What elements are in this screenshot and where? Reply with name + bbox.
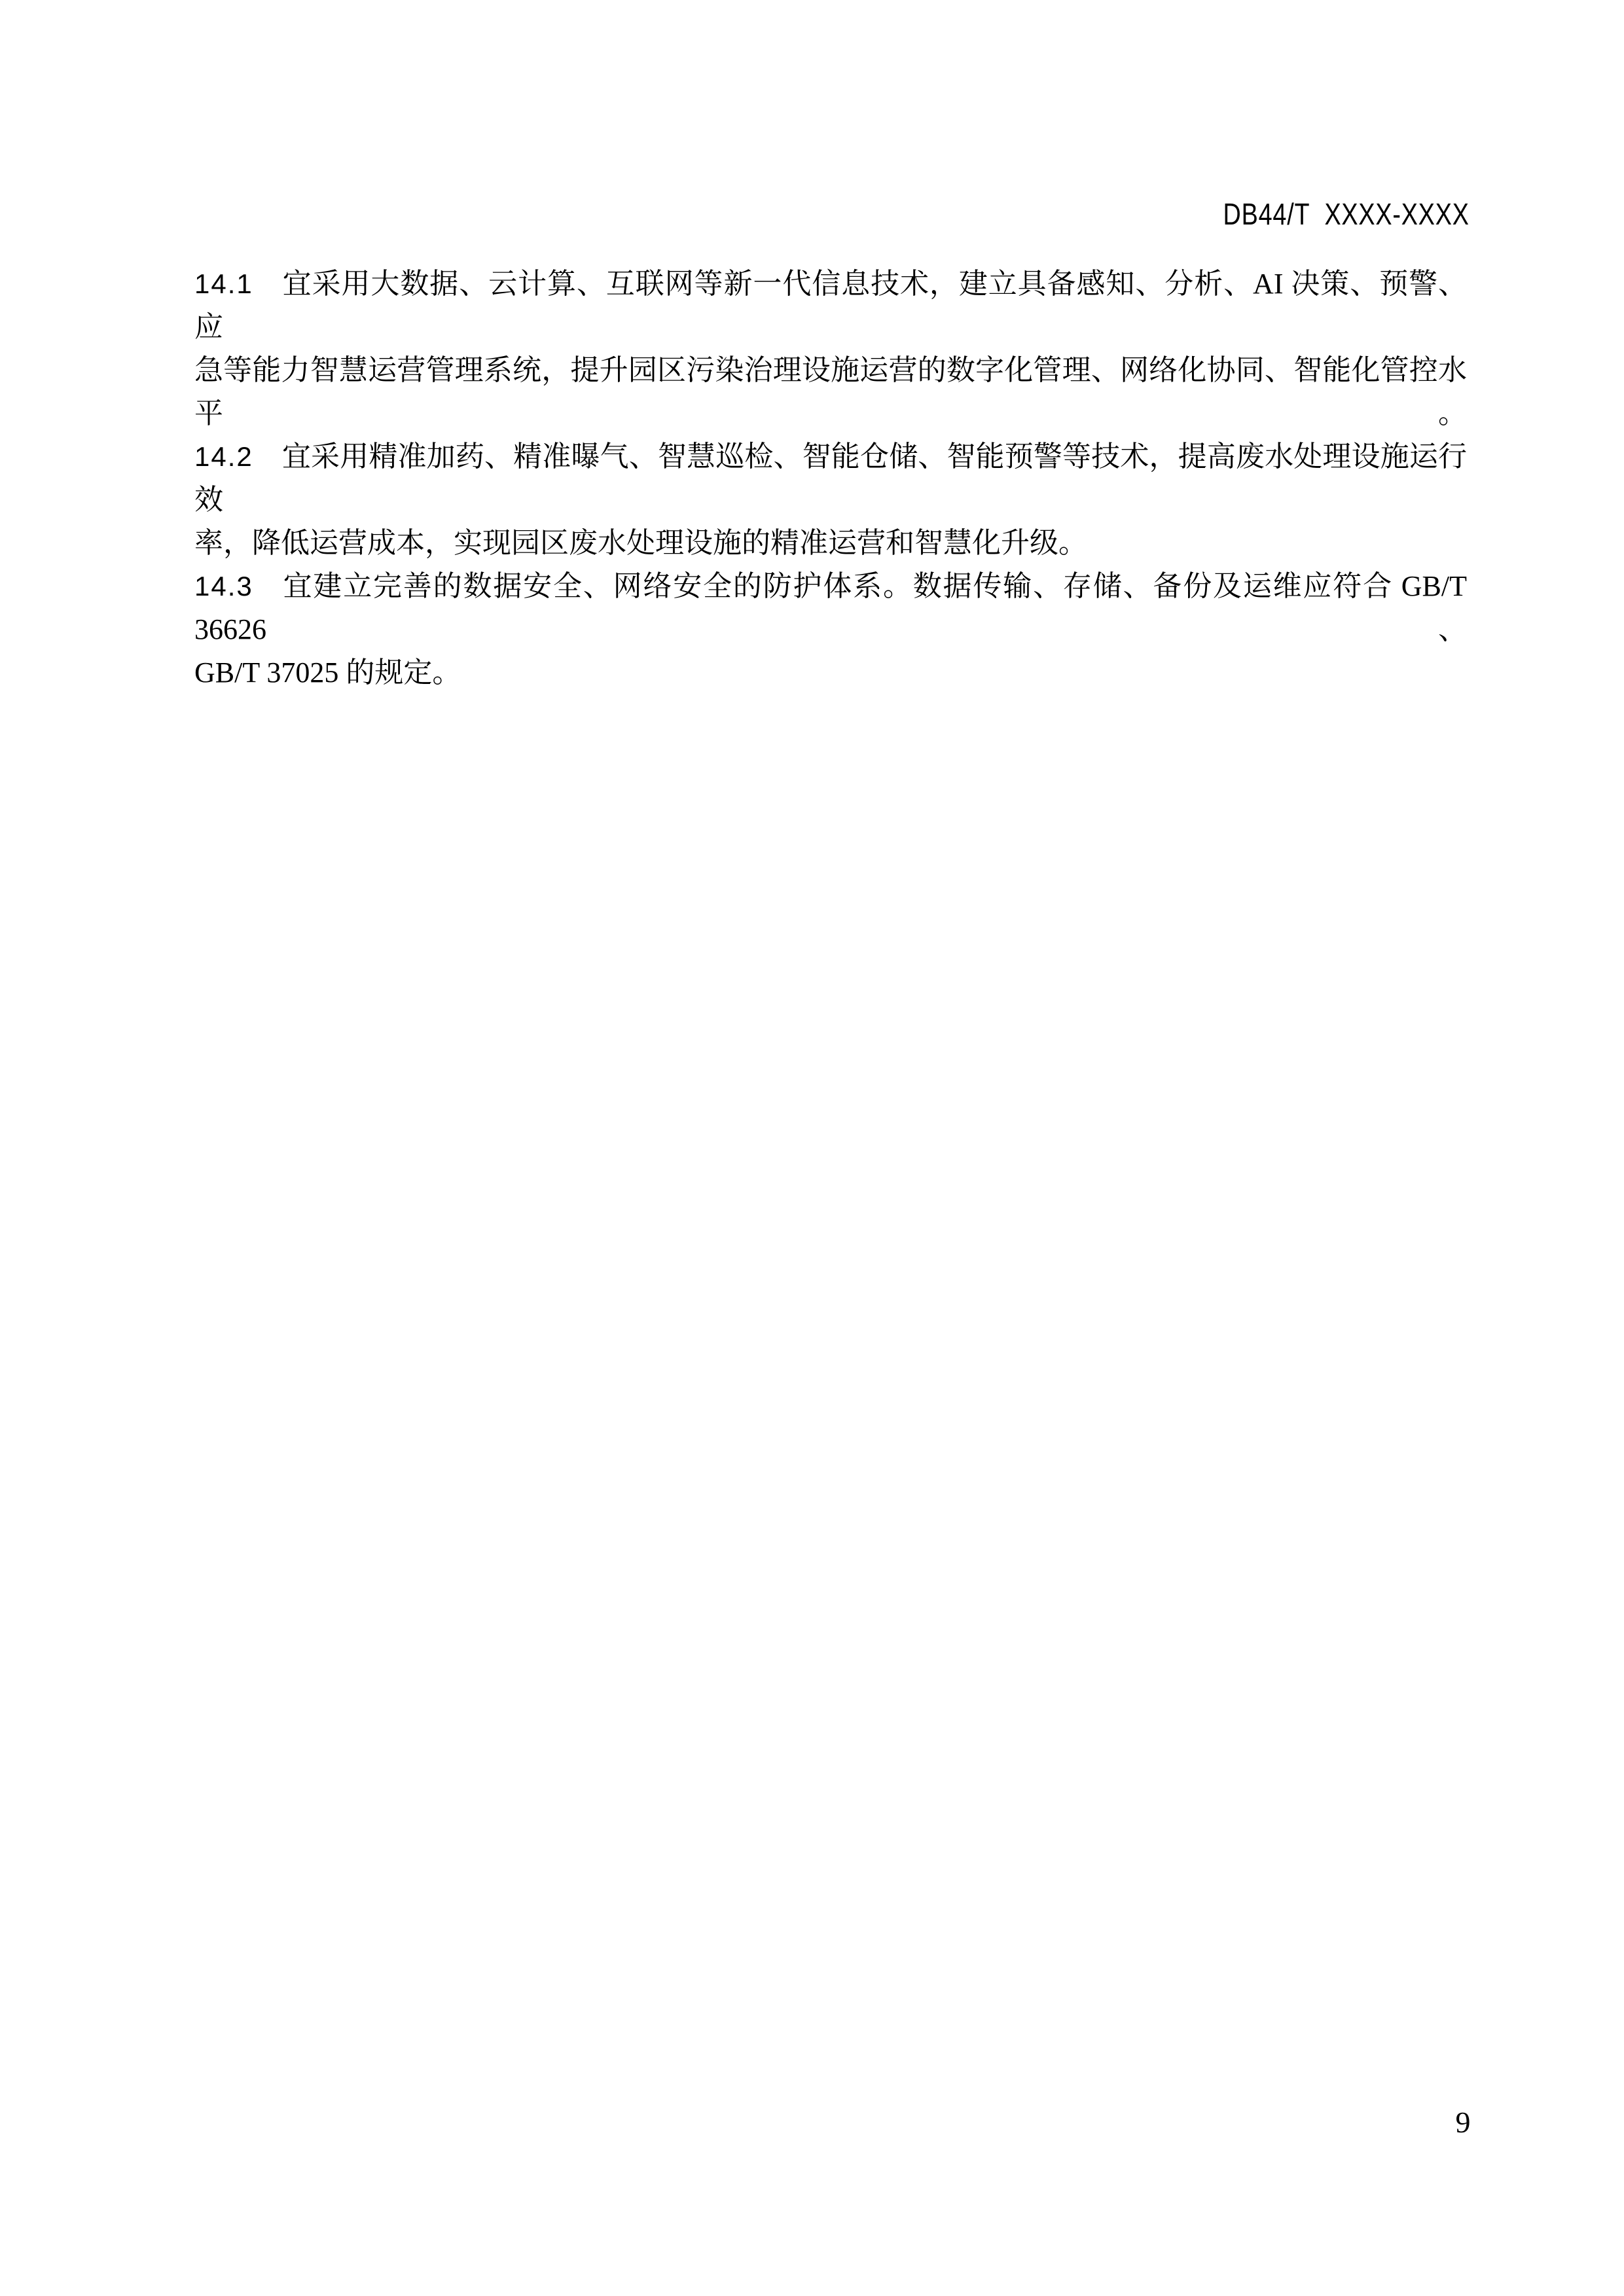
clause-14-3: 14.3宜建立完善的数据安全、网络安全的防护体系。数据传输、存储、备份及运维应符… bbox=[194, 565, 1467, 694]
clause-text: 宜建立完善的数据安全、网络安全的防护体系。数据传输、存储、备份及运维应符合 GB… bbox=[194, 570, 1467, 645]
clause-number: 14.1 bbox=[194, 268, 253, 299]
clause-line: 14.2宜采用精准加药、精准曝气、智慧巡检、智能仓储、智能预警等技术，提高废水处… bbox=[194, 435, 1467, 522]
clause-line: 急等能力智慧运营管理系统，提升园区污染治理设施运营的数字化管理、网络化协同、智能… bbox=[194, 349, 1467, 435]
clause-line: 率，降低运营成本，实现园区废水处理设施的精准运营和智慧化升级。 bbox=[194, 522, 1467, 565]
clause-line: 14.1宜采用大数据、云计算、互联网等新一代信息技术，建立具备感知、分析、AI … bbox=[194, 262, 1467, 349]
clause-text: 宜采用精准加药、精准曝气、智慧巡检、智能仓储、智能预警等技术，提高废水处理设施运… bbox=[194, 440, 1467, 516]
clause-line: 14.3宜建立完善的数据安全、网络安全的防护体系。数据传输、存储、备份及运维应符… bbox=[194, 565, 1467, 651]
clause-number: 14.3 bbox=[194, 571, 253, 601]
clause-text: 宜采用大数据、云计算、互联网等新一代信息技术，建立具备感知、分析、AI 决策、预… bbox=[194, 268, 1467, 343]
page-number: 9 bbox=[1447, 2105, 1479, 2140]
document-page: DB44/T XXXX-XXXX 14.1宜采用大数据、云计算、互联网等新一代信… bbox=[0, 0, 1624, 2296]
clause-number: 14.2 bbox=[194, 441, 253, 472]
clause-text: 急等能力智慧运营管理系统，提升园区污染治理设施运营的数字化管理、网络化协同、智能… bbox=[194, 354, 1467, 429]
clause-14-2: 14.2宜采用精准加药、精准曝气、智慧巡检、智能仓储、智能预警等技术，提高废水处… bbox=[194, 435, 1467, 565]
clause-line: GB/T 37025 的规定。 bbox=[194, 651, 1467, 694]
document-body: 14.1宜采用大数据、云计算、互联网等新一代信息技术，建立具备感知、分析、AI … bbox=[194, 262, 1467, 694]
page-header: DB44/T XXXX-XXXX bbox=[1169, 196, 1470, 232]
clause-14-1: 14.1宜采用大数据、云计算、互联网等新一代信息技术，建立具备感知、分析、AI … bbox=[194, 262, 1467, 435]
clause-text: GB/T 37025 的规定。 bbox=[194, 656, 461, 689]
clause-text: 率，降低运营成本，实现园区废水处理设施的精准运营和智慧化升级。 bbox=[194, 527, 1087, 559]
document-code: DB44/T XXXX-XXXX bbox=[1223, 196, 1470, 232]
